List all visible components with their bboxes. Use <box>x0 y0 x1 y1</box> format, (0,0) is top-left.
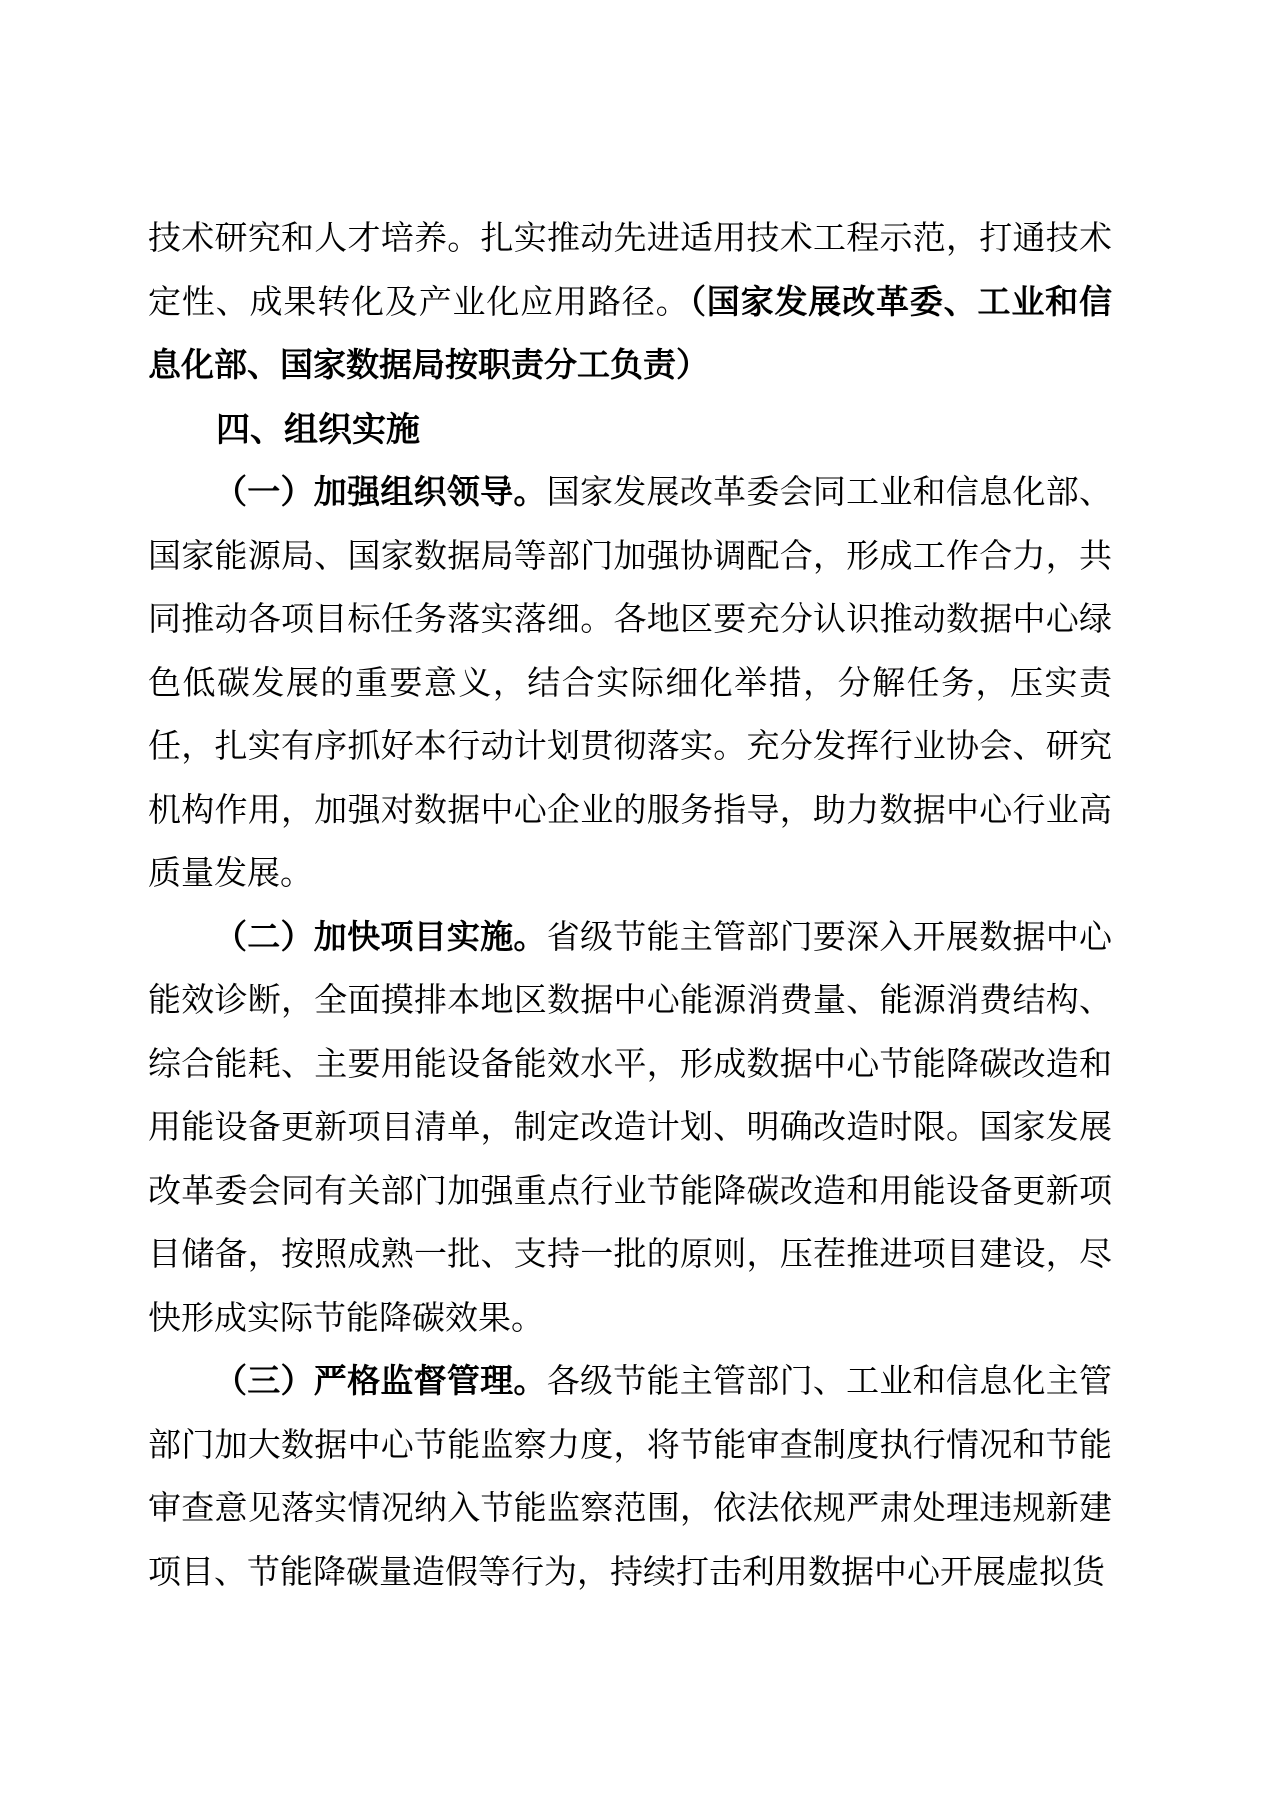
paragraph-3-lead: （三）严格监督管理。 <box>214 1364 547 1400</box>
paragraph-2-body: 省级节能主管部门要深入开展数据中心能效诊断，全面摸排本地区数据中心能源消费量、能… <box>148 920 1112 1337</box>
paragraph-2-lead: （二）加快项目实施。 <box>214 920 547 956</box>
paragraph-1-body: 国家发展改革委会同工业和信息化部、国家能源局、国家数据局等部门加强协调配合，形成… <box>148 475 1112 892</box>
paragraph-continuation: 技术研究和人才培养。扎实推动先进适用技术工程示范，打通技术定性、成果转化及产业化… <box>148 208 1112 399</box>
paragraph-3: （三）严格监督管理。各级节能主管部门、工业和信息化主管部门加大数据中心节能监察力… <box>148 1351 1112 1605</box>
paragraph-2: （二）加快项目实施。省级节能主管部门要深入开展数据中心能效诊断，全面摸排本地区数… <box>148 907 1112 1352</box>
paragraph-1: （一）加强组织领导。国家发展改革委会同工业和信息化部、国家能源局、国家数据局等部… <box>148 462 1112 907</box>
document-page: 技术研究和人才培养。扎实推动先进适用技术工程示范，打通技术定性、成果转化及产业化… <box>0 0 1280 1810</box>
section-heading: 四、组织实施 <box>148 399 1112 463</box>
paragraph-1-lead: （一）加强组织领导。 <box>214 475 547 511</box>
